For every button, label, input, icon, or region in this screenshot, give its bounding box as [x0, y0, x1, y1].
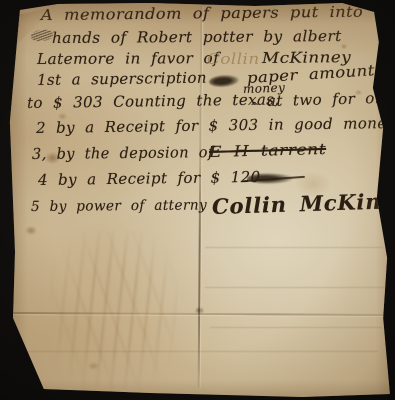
- photo-background: A memorandom of papers put into the hand…: [0, 0, 395, 400]
- handwritten-line-4: 1st a superscription: [37, 69, 207, 89]
- horizontal-fold-crease-faint: [20, 351, 378, 352]
- handwritten-line-9: 5 by power of atterny: [31, 197, 207, 215]
- handwritten-line-6: 2 by a Receipt for $ 303 in good money: [36, 114, 395, 137]
- paper-impression-line: [205, 247, 383, 248]
- handwritten-line-1: A memorandom of papers put into the: [41, 2, 395, 24]
- insertion-caret: ^: [250, 100, 260, 113]
- handwritten-line-5-continued: at two for one: [267, 89, 395, 110]
- scratched-out-word: [30, 29, 53, 43]
- handwritten-line-8: 4 by a Receipt for $ 120: [38, 168, 261, 189]
- stain: [88, 362, 99, 370]
- paper-sheet: A memorandom of papers put into the hand…: [0, 0, 395, 400]
- handwritten-line-3-faded-name: Collin: [207, 50, 260, 68]
- handwritten-line-7: 3, by the deposion of: [32, 143, 214, 163]
- handwritten-line-2: hands of Robert potter by albert: [52, 27, 342, 47]
- ink-blot: [209, 74, 240, 88]
- paper-impression-line: [205, 287, 385, 288]
- handwritten-line-7-struck-name: E H tarrent: [209, 140, 327, 161]
- signature: Collin McKinney: [212, 187, 395, 219]
- handwritten-line-5: to $ 303 Counting the texas,: [27, 90, 280, 112]
- stain: [25, 226, 37, 235]
- handwritten-line-3: Latemore in favor of: [37, 49, 219, 68]
- paper-impression-line: [210, 327, 382, 328]
- bleed-through-marks: [50, 230, 178, 390]
